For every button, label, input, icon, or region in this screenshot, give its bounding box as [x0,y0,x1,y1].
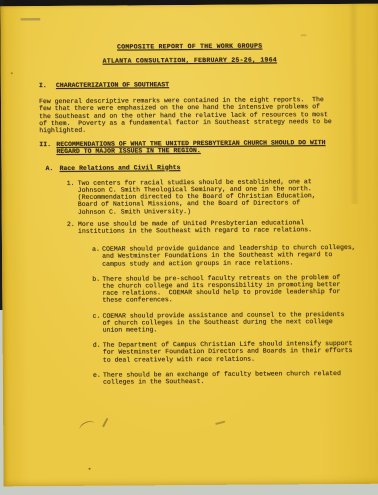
text-line: Johnson C. Smith University.) [78,207,316,216]
list-subitem-d: d. The Department of Campus Christian Li… [93,340,343,363]
text-line: to deal creatively with race relations. [103,354,353,363]
text-line: union meeting. [103,325,345,334]
subitem-text: There should be an exchange of faculty b… [103,370,341,386]
paperclip-mark [20,18,40,20]
text-line: colleges in the Southeast. [103,377,341,386]
list-item-1: 1. Two centers for racial studies should… [67,178,342,216]
ink-speck [11,72,13,74]
subitem-letter: c. [92,312,102,319]
text-line: REGARD TO MAJOR ISSUES IN THE REGION. [56,146,325,155]
subitem-letter: e. [93,371,103,378]
document-content: COMPOSITE REPORT OF THE WORK GROUPS ATLA… [0,4,378,387]
list-subitem-b: b. There should be pre-school faculty re… [92,274,342,305]
item-text: More use should be made of United Presby… [78,219,312,235]
section-heading: RECOMMENDATIONS OF WHAT THE UNITED PRESB… [56,139,325,155]
list-subitem-e: e. There should be an exchange of facult… [93,370,343,386]
ink-speck [89,468,91,470]
document-title: COMPOSITE REPORT OF THE WORK GROUPS [39,42,341,51]
subsection-letter: A. [45,164,59,171]
subitem-text: COEMAR should provide assistance and cou… [102,311,344,334]
text-line: campus study and action groups in race r… [102,258,356,267]
text-line: these conferences. [102,295,340,304]
title-block: COMPOSITE REPORT OF THE WORK GROUPS ATLA… [39,42,341,65]
section-heading: CHARACTERIZATION OF SOUTHEAST [56,81,169,89]
ink-smudge [78,419,97,435]
subsection-a-heading: A. Race Relations and Civil Rights [45,162,341,171]
section-number: I. [39,82,56,89]
subitem-letter: a. [92,246,102,253]
text-line: institutions in the Southeast with regar… [78,226,312,235]
subitem-text: The Department of Campus Christian Life … [103,340,353,363]
text-line: highlighted. [39,125,341,134]
ink-smudge [102,418,108,428]
list-subitem-c: c. COEMAR should provide assistance and … [92,311,342,334]
subitem-text: There should be pre-school faculty retre… [102,274,340,304]
subitem-text: COEMAR should provide guidance and leade… [102,244,356,267]
section-i-heading: I. CHARACTERIZATION OF SOUTHEAST [39,80,341,89]
section-i-paragraph: Few general descriptive remarks were con… [39,96,341,134]
subitem-letter: b. [92,275,102,282]
ink-smudge [215,421,225,425]
item-number: 2. [67,221,78,228]
list-subitem-a: a. COEMAR should provide guidance and le… [92,244,342,267]
item-number: 1. [67,180,78,187]
subitem-letter: d. [93,342,103,349]
item-text: Two centers for racial studies should be… [78,178,316,216]
subsection-heading: Race Relations and Civil Rights [59,164,180,172]
list-item-2: 2. More use should be made of United Pre… [67,219,342,235]
ink-speck [301,34,307,36]
document-subtitle: ATLANTA CONSULTATION, FEBRUARY 25-26, 19… [39,56,341,65]
section-ii-heading: II. RECOMMENDATIONS OF WHAT THE UNITED P… [39,139,341,156]
paper: COMPOSITE REPORT OF THE WORK GROUPS ATLA… [0,4,378,487]
scanned-document-page: COMPOSITE REPORT OF THE WORK GROUPS ATLA… [0,0,378,495]
section-number: II. [39,141,56,148]
